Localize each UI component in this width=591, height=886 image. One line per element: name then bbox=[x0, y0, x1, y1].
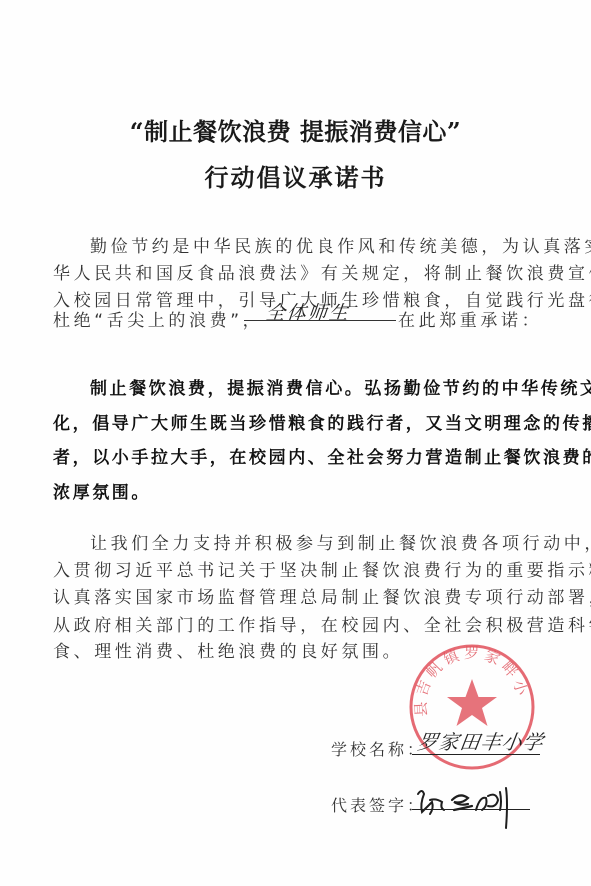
document-title: “制止餐饮浪费 提振消费信心” bbox=[0, 112, 591, 147]
paragraph-2-line-1: 制止餐饮浪费，提振消费信心。弘扬勤俭节约的中华传统文 bbox=[90, 374, 543, 399]
paragraph-1-line-1: 勤俭节约是中华民族的优良作风和传统美德，为认真落实《中 bbox=[90, 232, 543, 257]
paragraph-3-line-3: 认真落实国家市场监督管理总局制止餐饮浪费专项行动部署，服 bbox=[53, 583, 543, 608]
handwritten-signature-icon bbox=[412, 780, 537, 830]
school-name-label: 学校名称： bbox=[331, 737, 426, 760]
paragraph-3-line-2: 入贯彻习近平总书记关于坚决制止餐饮浪费行为的重要指示精神， bbox=[53, 556, 543, 581]
paragraph-1-line-4: 杜绝“舌尖上的浪费”， bbox=[53, 306, 243, 331]
paragraph-1-line-2: 华人民共和国反食品浪费法》有关规定，将制止餐饮浪费宣传融 bbox=[53, 259, 543, 284]
representative-signature-underline bbox=[412, 809, 530, 810]
fill-in-underline bbox=[244, 320, 396, 321]
document-subtitle: 行动倡议承诺书 bbox=[0, 158, 591, 193]
paragraph-1-ending: 在此郑重承诺： bbox=[398, 306, 542, 331]
school-name-value: 罗家田丰小学 bbox=[416, 726, 546, 755]
school-name-underline bbox=[412, 754, 540, 755]
paragraph-3-line-4: 从政府相关部门的工作指导，在校园内、全社会积极营造科学饮 bbox=[53, 611, 543, 636]
paragraph-2-line-2: 化，倡导广大师生既当珍惜粮食的践行者，又当文明理念的传播 bbox=[53, 409, 543, 434]
commitment-letter-page: “制止餐饮浪费 提振消费信心” 行动倡议承诺书 勤俭节约是中华民族的优良作风和传… bbox=[0, 0, 591, 886]
paragraph-2-line-3: 者，以小手拉大手，在校园内、全社会努力营造制止餐饮浪费的 bbox=[53, 443, 543, 468]
paragraph-2-line-4: 浓厚氛围。 bbox=[53, 478, 543, 503]
paragraph-3-line-1: 让我们全力支持并积极参与到制止餐饮浪费各项行动中，深 bbox=[90, 529, 543, 554]
paragraph-3-line-5: 食、理性消费、杜绝浪费的良好氛围。 bbox=[53, 637, 543, 662]
